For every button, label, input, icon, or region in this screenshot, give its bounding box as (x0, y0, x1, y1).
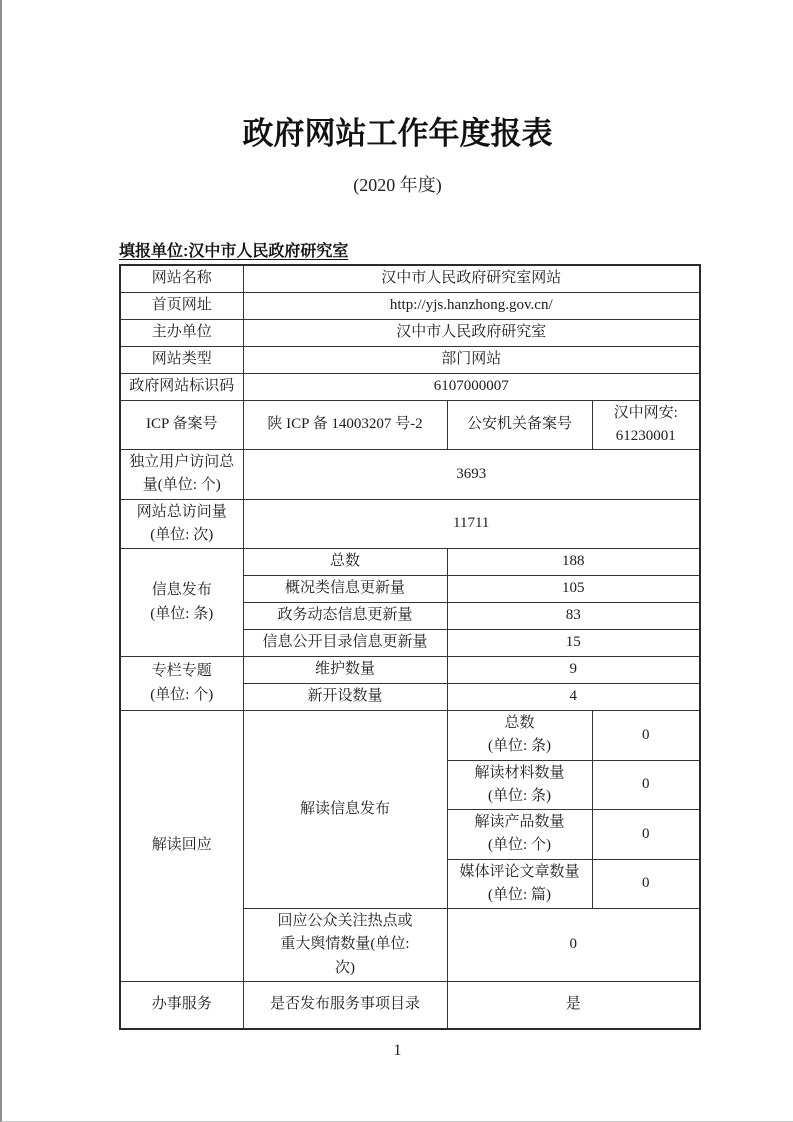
table-row: 网站总访问量 (单位: 次) 11711 (120, 499, 700, 549)
table-row: 独立用户访问总 量(单位: 个) 3693 (120, 450, 700, 500)
info-publish-item-value: 83 (447, 603, 700, 630)
site-id-value: 6107000007 (243, 373, 700, 400)
interpretation-item-label: 解读产品数量 (单位: 个) (447, 810, 592, 860)
icp-value: 陕 ICP 备 14003207 号-2 (243, 400, 447, 450)
interpretation-item-value: 0 (592, 810, 700, 860)
interpretation-item-value: 0 (592, 760, 700, 810)
interpretation-item-label: 媒体评论文章数量 (单位: 篇) (447, 859, 592, 909)
public-response-value: 0 (447, 909, 700, 982)
special-columns-item-value: 4 (447, 684, 700, 711)
table-row: 解读回应 解读信息发布 总数 (单位: 条) 0 (120, 711, 700, 761)
public-response-label: 回应公众关注热点或 重大舆情数量(单位: 次) (243, 909, 447, 982)
unique-visitors-value: 3693 (243, 450, 700, 500)
info-publish-item-label: 总数 (243, 549, 447, 576)
page-title: 政府网站工作年度报表 (2, 108, 793, 153)
special-columns-item-value: 9 (447, 657, 700, 684)
organizer-value: 汉中市人民政府研究室 (243, 319, 700, 346)
website-type-label: 网站类型 (120, 346, 243, 373)
interpretation-item-label: 总数 (单位: 条) (447, 711, 592, 761)
interpretation-item-label: 解读材料数量 (单位: 条) (447, 760, 592, 810)
total-visits-value: 11711 (243, 499, 700, 549)
website-name-label: 网站名称 (120, 265, 243, 292)
table-row: 信息发布 (单位: 条) 总数 188 (120, 549, 700, 576)
annual-report-table: 网站名称 汉中市人民政府研究室网站 首页网址 http://yjs.hanzho… (119, 264, 701, 1030)
site-id-label: 政府网站标识码 (120, 373, 243, 400)
table-row: 主办单位 汉中市人民政府研究室 (120, 319, 700, 346)
table-row: 专栏专题 (单位: 个) 维护数量 9 (120, 657, 700, 684)
website-type-value: 部门网站 (243, 346, 700, 373)
table-row: 办事服务 是否发布服务事项目录 是 (120, 981, 700, 1029)
homepage-url-value: http://yjs.hanzhong.gov.cn/ (243, 292, 700, 319)
icp-label: ICP 备案号 (120, 400, 243, 450)
reporting-unit-line: 填报单位:汉中市人民政府研究室 (119, 238, 348, 261)
total-visits-label: 网站总访问量 (单位: 次) (120, 499, 243, 549)
info-publish-item-label: 政务动态信息更新量 (243, 603, 447, 630)
document-page: 政府网站工作年度报表 (2020 年度) 填报单位:汉中市人民政府研究室 网站名… (0, 0, 793, 1122)
table-row: 首页网址 http://yjs.hanzhong.gov.cn/ (120, 292, 700, 319)
unique-visitors-label: 独立用户访问总 量(单位: 个) (120, 450, 243, 500)
special-columns-item-label: 维护数量 (243, 657, 447, 684)
table-row: 政府网站标识码 6107000007 (120, 373, 700, 400)
page-subtitle: (2020 年度) (2, 171, 793, 197)
website-name-value: 汉中市人民政府研究室网站 (243, 265, 700, 292)
table-row: 网站类型 部门网站 (120, 346, 700, 373)
info-publish-item-label: 概况类信息更新量 (243, 576, 447, 603)
organizer-label: 主办单位 (120, 319, 243, 346)
info-publish-group-label: 信息发布 (单位: 条) (120, 549, 243, 657)
page-number: 1 (2, 1042, 793, 1060)
table-row: ICP 备案号 陕 ICP 备 14003207 号-2 公安机关备案号 汉中网… (120, 400, 700, 450)
info-publish-item-value: 15 (447, 630, 700, 657)
services-group-label: 办事服务 (120, 981, 243, 1029)
interpretation-item-value: 0 (592, 859, 700, 909)
homepage-url-label: 首页网址 (120, 292, 243, 319)
info-publish-item-value: 105 (447, 576, 700, 603)
services-catalog-label: 是否发布服务事项目录 (243, 981, 447, 1029)
info-publish-item-value: 188 (447, 549, 700, 576)
table-row: 网站名称 汉中市人民政府研究室网站 (120, 265, 700, 292)
interpretation-publish-label: 解读信息发布 (243, 711, 447, 909)
info-publish-item-label: 信息公开目录信息更新量 (243, 630, 447, 657)
services-catalog-value: 是 (447, 981, 700, 1029)
special-columns-group-label: 专栏专题 (单位: 个) (120, 657, 243, 711)
police-record-label: 公安机关备案号 (447, 400, 592, 450)
special-columns-item-label: 新开设数量 (243, 684, 447, 711)
interpretation-group-label: 解读回应 (120, 711, 243, 982)
interpretation-item-value: 0 (592, 711, 700, 761)
police-record-value: 汉中网安: 61230001 (592, 400, 700, 450)
